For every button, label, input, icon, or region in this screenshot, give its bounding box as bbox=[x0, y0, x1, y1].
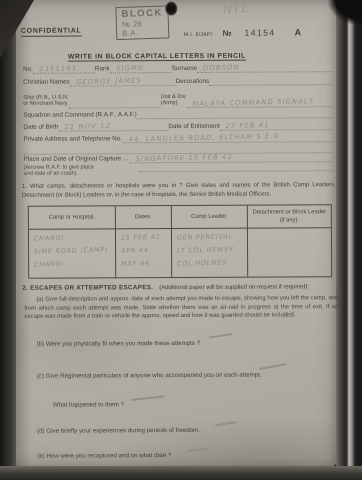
col-header-camp: Camp or Hospital. bbox=[29, 206, 116, 230]
pencil-smudge bbox=[249, 456, 333, 459]
handwritten-nil-answer: Nil bbox=[282, 310, 296, 320]
christian-names-field: GEORGE JAMES bbox=[70, 77, 176, 87]
unit-div-field: MALAYA COMMAND SIGNALS bbox=[187, 98, 334, 108]
surname-field: DOBSON bbox=[197, 63, 333, 73]
rank-label: Rank bbox=[95, 65, 110, 73]
unit-label-line2: (Army) bbox=[161, 100, 187, 107]
enlistment-label: Date of Enlistment bbox=[168, 123, 219, 131]
ref-letter: A bbox=[295, 27, 302, 37]
pencil-dash-answer-b bbox=[209, 333, 233, 338]
form-content: CONFIDENTIAL BLOCK № 26 B.A. NIL M.I. 9/… bbox=[0, 0, 362, 480]
field-row-ship-unit: Ship (R.N., U.S.N. or Merchant Navy Unit… bbox=[23, 89, 333, 109]
ink-blot bbox=[165, 1, 178, 16]
capture-note-line2: and date of air crash). bbox=[24, 171, 78, 178]
dates-entry: MAY 44 bbox=[121, 259, 169, 273]
squadron-label: Squadron and Command (R.A.F., A.A.F.) bbox=[23, 111, 136, 120]
camp-column-entries: CHANGI SIME ROAD (CAMP) CHANGI bbox=[29, 229, 116, 277]
ref-prefix: M.I. 9/JAP/ bbox=[184, 32, 213, 38]
leader-column-entries: GEN PERCIVAL LT COL NEWEY COL HOLMES bbox=[172, 229, 248, 277]
enlistment-value: 27 FEB 41 bbox=[226, 121, 271, 130]
leader-entry: COL HOLMES bbox=[177, 258, 245, 273]
date-of-birth-label: Date of Birth bbox=[23, 124, 58, 132]
field-row-address: Private Address and Telephone No. 44, LA… bbox=[23, 133, 333, 144]
number-field: 2351183 bbox=[33, 64, 95, 73]
camp-entry: CHANGI bbox=[34, 259, 113, 274]
enlistment-field: 27 FEB 41 bbox=[220, 121, 334, 131]
unit-div-label: Unit & Div. (Army) bbox=[161, 94, 187, 109]
field-row-number-rank-surname: No. 2351183 Rank SIGMN Surname DOBSON bbox=[23, 63, 333, 74]
capture-continuation-field bbox=[140, 162, 334, 172]
block-leader-column-entries bbox=[248, 228, 331, 276]
pencil-dash-answer-c-sub bbox=[131, 395, 165, 400]
section-2-title: 2. ESCAPES OR ATTEMPTED ESCAPES. bbox=[22, 284, 153, 292]
pencil-dash-answer-e bbox=[187, 448, 207, 451]
col-header-block-leader: Detachment or Block Leader (if any). bbox=[248, 205, 331, 228]
decorations-field bbox=[209, 76, 333, 86]
question-2d-text: (d) Give briefly your experiences during… bbox=[37, 427, 200, 435]
camp-table: Camp or Hospital. Dates. Camp Leader. De… bbox=[28, 204, 332, 279]
squadron-field bbox=[137, 109, 334, 119]
date-of-birth-value: 21 NOV 12 bbox=[64, 122, 111, 131]
address-value: 44, LANGLEA ROAD, ELTHAM S.E.9 bbox=[128, 132, 279, 143]
field-row-squadron: Squadron and Command (R.A.F., A.A.F.) bbox=[23, 109, 333, 120]
section-2-subtitle: (Additional paper will be supplied on re… bbox=[159, 284, 309, 291]
ship-field bbox=[69, 99, 161, 108]
christian-names-value: GEORGE JAMES bbox=[76, 77, 142, 86]
reference-number-line: M.I. 9/JAP/ № 14154 A bbox=[184, 27, 301, 38]
number-label: No. bbox=[23, 66, 33, 74]
rank-value: SIGMN bbox=[116, 64, 144, 73]
field-row-christian-decorations: Christian Names GEORGE JAMES Decorations bbox=[23, 76, 333, 87]
stamp-line: B.A. bbox=[122, 28, 164, 38]
ref-number: 14154 bbox=[244, 28, 275, 38]
rank-field: SIGMN bbox=[110, 64, 172, 73]
surname-label: Surname bbox=[172, 65, 198, 73]
form-instruction-heading: WRITE IN BLOCK CAPITAL LETTERS IN PENCIL bbox=[68, 53, 246, 62]
capture-label: Place and Date of Original Capture .... bbox=[24, 155, 130, 164]
address-field: 44, LANGLEA ROAD, ELTHAM S.E.9 bbox=[122, 133, 333, 143]
dates-column-entries: 15 FEB 42 - APR 44 MAY 44 bbox=[116, 229, 172, 277]
col-header-leader: Camp Leader. bbox=[172, 206, 248, 229]
date-of-birth-field: 21 NOV 12 bbox=[58, 122, 168, 132]
handwritten-nil-top: NIL bbox=[222, 1, 251, 17]
block-leader-entry bbox=[253, 257, 329, 272]
number-value: 2351183 bbox=[39, 64, 77, 73]
question-2e-text: (e) How were you recaptured and on what … bbox=[37, 452, 171, 460]
question-1-text: 1. What camps, detachments or hospitals … bbox=[22, 181, 336, 200]
pencil-dash-answer-d bbox=[215, 421, 237, 426]
capture-value: SINGAPORE 15 FEB 42 bbox=[136, 153, 234, 163]
col-header-dates: Dates. bbox=[116, 206, 172, 229]
pencil-dash-answer-c bbox=[259, 363, 287, 370]
question-2c-sub-text: What happened to them ? bbox=[53, 401, 124, 408]
section-2-heading: 2. ESCAPES OR ATTEMPTED ESCAPES. (Additi… bbox=[22, 283, 309, 292]
field-row-dob-enlistment: Date of Birth 21 NOV 12 Date of Enlistme… bbox=[23, 121, 333, 132]
christian-names-label: Christian Names bbox=[23, 79, 70, 87]
numero-sign: № bbox=[223, 29, 232, 38]
question-2c-text: (c) Give Regimental particulars of anyon… bbox=[37, 372, 262, 380]
address-label: Private Address and Telephone No. bbox=[23, 135, 122, 144]
scanned-pow-form: CONFIDENTIAL BLOCK № 26 B.A. NIL M.I. 9/… bbox=[0, 0, 362, 480]
decorations-label: Decorations bbox=[176, 78, 210, 86]
unit-div-value: MALAYA COMMAND SIGNALS bbox=[193, 97, 315, 108]
confidential-marking: CONFIDENTIAL bbox=[21, 28, 82, 37]
capture-continuation-line bbox=[140, 162, 334, 172]
question-2b-text: (b) Were you physically fit when you mad… bbox=[37, 340, 201, 348]
ship-label-line2: or Merchant Navy bbox=[23, 101, 68, 108]
block-stamp: BLOCK № 26 B.A. bbox=[115, 5, 169, 40]
ship-label: Ship (R.N., U.S.N. or Merchant Navy bbox=[23, 94, 68, 109]
surname-value: DOBSON bbox=[203, 63, 240, 72]
